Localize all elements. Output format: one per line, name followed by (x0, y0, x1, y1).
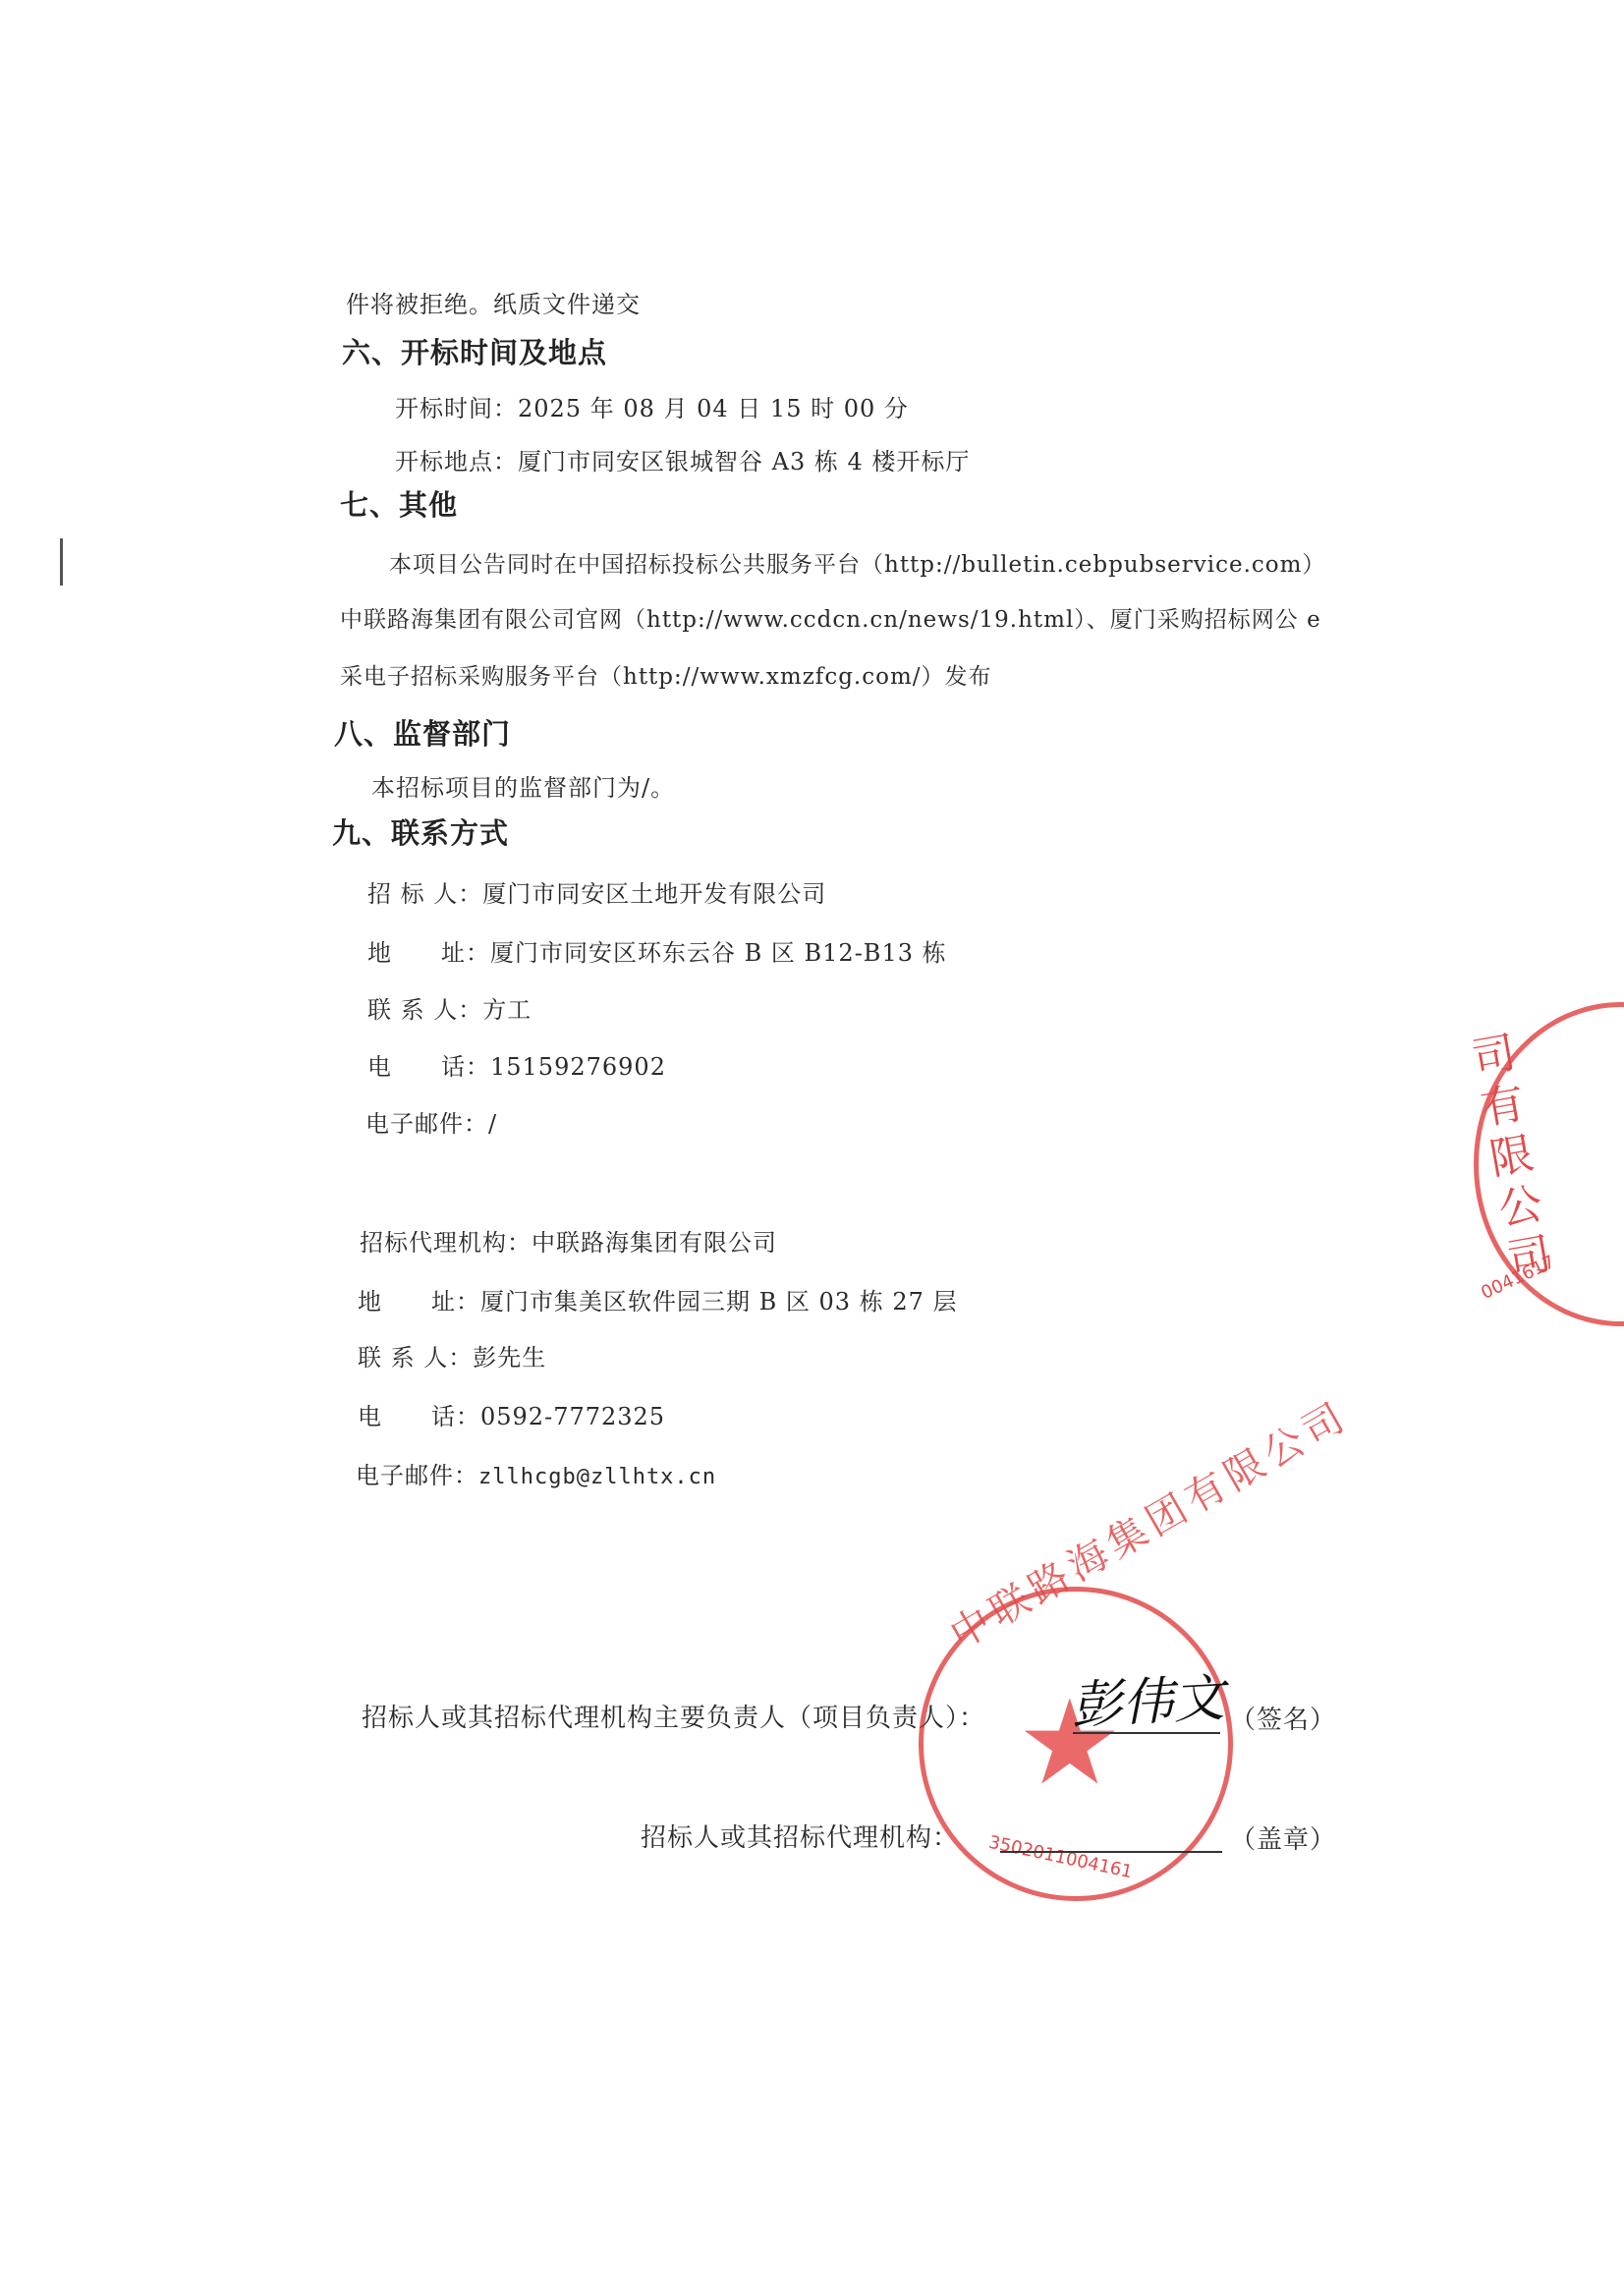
tenderer-address-label: 地 址： (367, 939, 490, 967)
tenderer-email-row: 电子邮件：/ (365, 1104, 497, 1139)
agency-contact-row: 联 系 人：彭先生 (358, 1338, 546, 1372)
place-value: 厦门市同安区银城智谷 A3 栋 4 楼开标厅 (518, 448, 970, 476)
scan-artifact-mark (60, 538, 63, 586)
tenderer-phone: 15159276902 (490, 1053, 666, 1081)
agency-contact: 彭先生 (473, 1344, 546, 1371)
section6-heading: 六、开标时间及地点 (342, 331, 607, 371)
tenderer-contact: 方工 (482, 996, 532, 1024)
agency-name: 中联路海集团有限公司 (532, 1229, 777, 1257)
agency-name-label: 招标代理机构： (360, 1229, 532, 1257)
agency-phone-row: 电 话：0592-7772325 (358, 1397, 665, 1431)
agency-name-row: 招标代理机构：中联路海集团有限公司 (360, 1223, 777, 1258)
signature-suffix: （签名） (1230, 1700, 1336, 1736)
responsible-person-label: 招标人或其招标代理机构主要负责人（项目负责人）： (362, 1698, 985, 1734)
section8-heading: 八、监督部门 (334, 712, 511, 753)
organization-seal-label: 招标人或其招标代理机构： (641, 1818, 959, 1854)
tenderer-phone-row: 电 话：15159276902 (367, 1047, 666, 1082)
agency-address-label: 地 址： (358, 1288, 480, 1315)
agency-email: zllhcgb@zllhtx.cn (478, 1465, 716, 1489)
seal-underline (1000, 1851, 1222, 1853)
section9-heading: 九、联系方式 (332, 812, 509, 852)
section7-heading: 七、其他 (340, 483, 458, 524)
publication-line-2: 中联路海集团有限公司官网（http://www.ccdcn.cn/news/19… (340, 601, 1321, 634)
place-label: 开标地点： (395, 448, 518, 476)
tenderer-email-label: 电子邮件： (365, 1110, 488, 1138)
supervision-text: 本招标项目的监督部门为/。 (371, 768, 675, 803)
handwritten-signature: 彭伟文 (1069, 1656, 1226, 1738)
publication-line-3: 采电子招标采购服务平台（http://www.xmzfcg.com/）发布 (340, 658, 992, 691)
tenderer-address: 厦门市同安区环东云谷 B 区 B12-B13 栋 (490, 939, 947, 967)
time-value: 2025 年 08 月 04 日 15 时 00 分 (518, 395, 909, 422)
agency-phone: 0592-7772325 (480, 1403, 665, 1430)
tenderer-name: 厦门市同安区土地开发有限公司 (482, 880, 826, 908)
bid-opening-time: 开标时间：2025 年 08 月 04 日 15 时 00 分 (395, 389, 909, 423)
tenderer-contact-label: 联 系 人： (367, 996, 482, 1024)
tenderer-name-label: 招 标 人： (367, 880, 482, 908)
tenderer-contact-row: 联 系 人：方工 (367, 990, 532, 1025)
continuation-text: 件将被拒绝。纸质文件递交 (346, 285, 641, 319)
tenderer-email: / (488, 1110, 497, 1138)
tenderer-name-row: 招 标 人：厦门市同安区土地开发有限公司 (367, 874, 826, 909)
seal-suffix: （盖章） (1230, 1819, 1336, 1856)
tenderer-phone-label: 电 话： (367, 1053, 490, 1081)
tenderer-address-row: 地 址：厦门市同安区环东云谷 B 区 B12-B13 栋 (367, 933, 947, 968)
agency-email-label: 电子邮件： (356, 1462, 478, 1489)
agency-address-row: 地 址：厦门市集美区软件园三期 B 区 03 栋 27 层 (358, 1282, 958, 1316)
agency-contact-label: 联 系 人： (358, 1344, 473, 1371)
signature-underline (1073, 1732, 1220, 1734)
agency-address: 厦门市集美区软件园三期 B 区 03 栋 27 层 (480, 1288, 958, 1315)
time-label: 开标时间： (395, 395, 518, 422)
bid-opening-place: 开标地点：厦门市同安区银城智谷 A3 栋 4 楼开标厅 (395, 442, 970, 476)
agency-phone-label: 电 话： (358, 1403, 480, 1430)
publication-line-1: 本项目公告同时在中国招标投标公共服务平台（http://bulletin.ceb… (389, 546, 1325, 579)
agency-email-row: 电子邮件：zllhcgb@zllhtx.cn (356, 1456, 716, 1490)
